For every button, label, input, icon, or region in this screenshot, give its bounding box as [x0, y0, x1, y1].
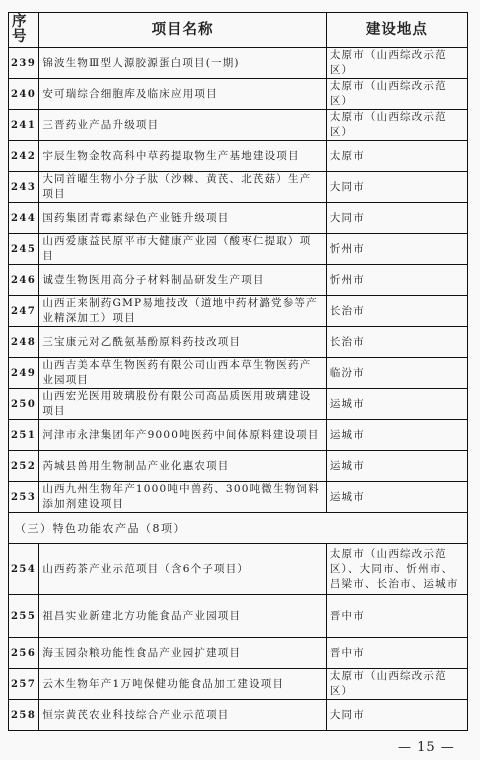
section-row: （三）特色功能农产品（8项）	[9, 513, 468, 544]
row-no: 254	[9, 544, 39, 595]
row-no: 252	[9, 451, 39, 482]
table-row: 256海玉园杂粮功能性食品产业园扩建项目晋中市	[9, 638, 468, 669]
row-name: 宇辰生物金牧高科中草药提取物生产基地建设项目	[39, 141, 327, 172]
table-row: 258恒宗黄芪农业科技综合产业示范项目大同市	[9, 700, 468, 731]
row-location: 忻州市	[326, 265, 467, 296]
row-no: 246	[9, 265, 39, 296]
row-name: 三晋药业产品升级项目	[39, 110, 327, 141]
row-name: 云木生物年产1万吨保健功能食品加工建设项目	[39, 669, 327, 700]
row-name: 恒宗黄芪农业科技综合产业示范项目	[39, 700, 327, 731]
row-location: 运城市	[326, 420, 467, 451]
row-name: 锦波生物Ⅲ型人源胶源蛋白项目(一期)	[39, 48, 327, 79]
row-name: 山西宏光医用玻璃股份有限公司高品质医用玻璃建设项目	[39, 389, 327, 420]
table-row: 244国药集团青霉素绿色产业链升级项目大同市	[9, 203, 468, 234]
row-no: 257	[9, 669, 39, 700]
row-location: 大同市	[326, 172, 467, 203]
row-no: 253	[9, 482, 39, 513]
table-row: 248三宝康元对乙酰氨基酚原料药技改项目长治市	[9, 327, 468, 358]
row-location: 运城市	[326, 451, 467, 482]
table-row: 254山西药茶产业示范项目（含6个子项目）太原市（山西综改示范区）、大同市、忻州…	[9, 544, 468, 595]
row-location: 运城市	[326, 389, 467, 420]
row-location: 晋中市	[326, 638, 467, 669]
row-name: 山西药茶产业示范项目（含6个子项目）	[39, 544, 327, 595]
row-location: 运城市	[326, 482, 467, 513]
table-row: 251河津市永津集团年产9000吨医药中间体原料建设项目运城市	[9, 420, 468, 451]
row-no: 250	[9, 389, 39, 420]
table-row: 239锦波生物Ⅲ型人源胶源蛋白项目(一期)太原市（山西综改示范区）	[9, 48, 468, 79]
row-name: 山西吉美本草生物医药有限公司山西本草生物医药产业园项目	[39, 358, 327, 389]
table-row: 252芮城县兽用生物制品产业化惠农项目运城市	[9, 451, 468, 482]
table-row: 246诚壹生物医用高分子材料制品研发生产项目忻州市	[9, 265, 468, 296]
row-location: 大同市	[326, 700, 467, 731]
row-name: 诚壹生物医用高分子材料制品研发生产项目	[39, 265, 327, 296]
row-name: 山西爱康益民原平市大健康产业园（酸枣仁提取）项目	[39, 234, 327, 265]
row-name: 祖昌实业新建北方功能食品产业园项目	[39, 595, 327, 638]
row-no: 247	[9, 296, 39, 327]
page-number: — 15 —	[398, 740, 455, 755]
header-name: 项目名称	[39, 13, 327, 48]
row-location: 太原市（山西综改示范区）	[326, 48, 467, 79]
row-no: 241	[9, 110, 39, 141]
row-name: 芮城县兽用生物制品产业化惠农项目	[39, 451, 327, 482]
table-row: 257云木生物年产1万吨保健功能食品加工建设项目太原市（山西综改示范区）	[9, 669, 468, 700]
row-name: 国药集团青霉素绿色产业链升级项目	[39, 203, 327, 234]
table-row: 249山西吉美本草生物医药有限公司山西本草生物医药产业园项目临汾市	[9, 358, 468, 389]
row-location: 太原市（山西综改示范区）、大同市、忻州市、吕梁市、长治市、运城市	[326, 544, 467, 595]
table-row: 243大同首曜生物小分子肽（沙棘、黄芪、北芪菇）生产项目大同市	[9, 172, 468, 203]
row-location: 晋中市	[326, 595, 467, 638]
section-title: （三）特色功能农产品（8项）	[9, 513, 468, 544]
table-row: 255祖昌实业新建北方功能食品产业园项目晋中市	[9, 595, 468, 638]
row-location: 大同市	[326, 203, 467, 234]
table-row: 240安可瑞综合细胞库及临床应用项目太原市（山西综改示范区）	[9, 79, 468, 110]
table-row: 245山西爱康益民原平市大健康产业园（酸枣仁提取）项目忻州市	[9, 234, 468, 265]
row-name: 大同首曜生物小分子肽（沙棘、黄芪、北芪菇）生产项目	[39, 172, 327, 203]
table-row: 250山西宏光医用玻璃股份有限公司高品质医用玻璃建设项目运城市	[9, 389, 468, 420]
row-location: 太原市（山西综改示范区）	[326, 669, 467, 700]
row-no: 258	[9, 700, 39, 731]
row-no: 240	[9, 79, 39, 110]
project-table: 序号 项目名称 建设地点 239锦波生物Ⅲ型人源胶源蛋白项目(一期)太原市（山西…	[8, 12, 468, 731]
row-location: 忻州市	[326, 234, 467, 265]
row-name: 三宝康元对乙酰氨基酚原料药技改项目	[39, 327, 327, 358]
row-name: 安可瑞综合细胞库及临床应用项目	[39, 79, 327, 110]
row-location: 太原市	[326, 141, 467, 172]
table-header-row: 序号 项目名称 建设地点	[9, 13, 468, 48]
row-no: 245	[9, 234, 39, 265]
row-name: 河津市永津集团年产9000吨医药中间体原料建设项目	[39, 420, 327, 451]
table-row: 247山西正来制药GMP易地技改（道地中药材潞党参等产业精深加工）项目长治市	[9, 296, 468, 327]
row-no: 248	[9, 327, 39, 358]
row-no: 242	[9, 141, 39, 172]
table-row: 241三晋药业产品升级项目太原市（山西综改示范区）	[9, 110, 468, 141]
row-no: 239	[9, 48, 39, 79]
table-row: 253山西九州生物年产1000吨中兽药、300吨微生物饲料添加剂建设项目运城市	[9, 482, 468, 513]
row-no: 256	[9, 638, 39, 669]
row-no: 244	[9, 203, 39, 234]
header-location: 建设地点	[326, 13, 467, 48]
row-no: 249	[9, 358, 39, 389]
header-no: 序号	[9, 13, 39, 48]
table-row: 242宇辰生物金牧高科中草药提取物生产基地建设项目太原市	[9, 141, 468, 172]
row-no: 251	[9, 420, 39, 451]
row-location: 长治市	[326, 296, 467, 327]
row-name: 海玉园杂粮功能性食品产业园扩建项目	[39, 638, 327, 669]
row-location: 长治市	[326, 327, 467, 358]
row-name: 山西正来制药GMP易地技改（道地中药材潞党参等产业精深加工）项目	[39, 296, 327, 327]
row-location: 临汾市	[326, 358, 467, 389]
row-no: 255	[9, 595, 39, 638]
row-no: 243	[9, 172, 39, 203]
row-location: 太原市（山西综改示范区）	[326, 79, 467, 110]
row-location: 太原市（山西综改示范区）	[326, 110, 467, 141]
row-name: 山西九州生物年产1000吨中兽药、300吨微生物饲料添加剂建设项目	[39, 482, 327, 513]
